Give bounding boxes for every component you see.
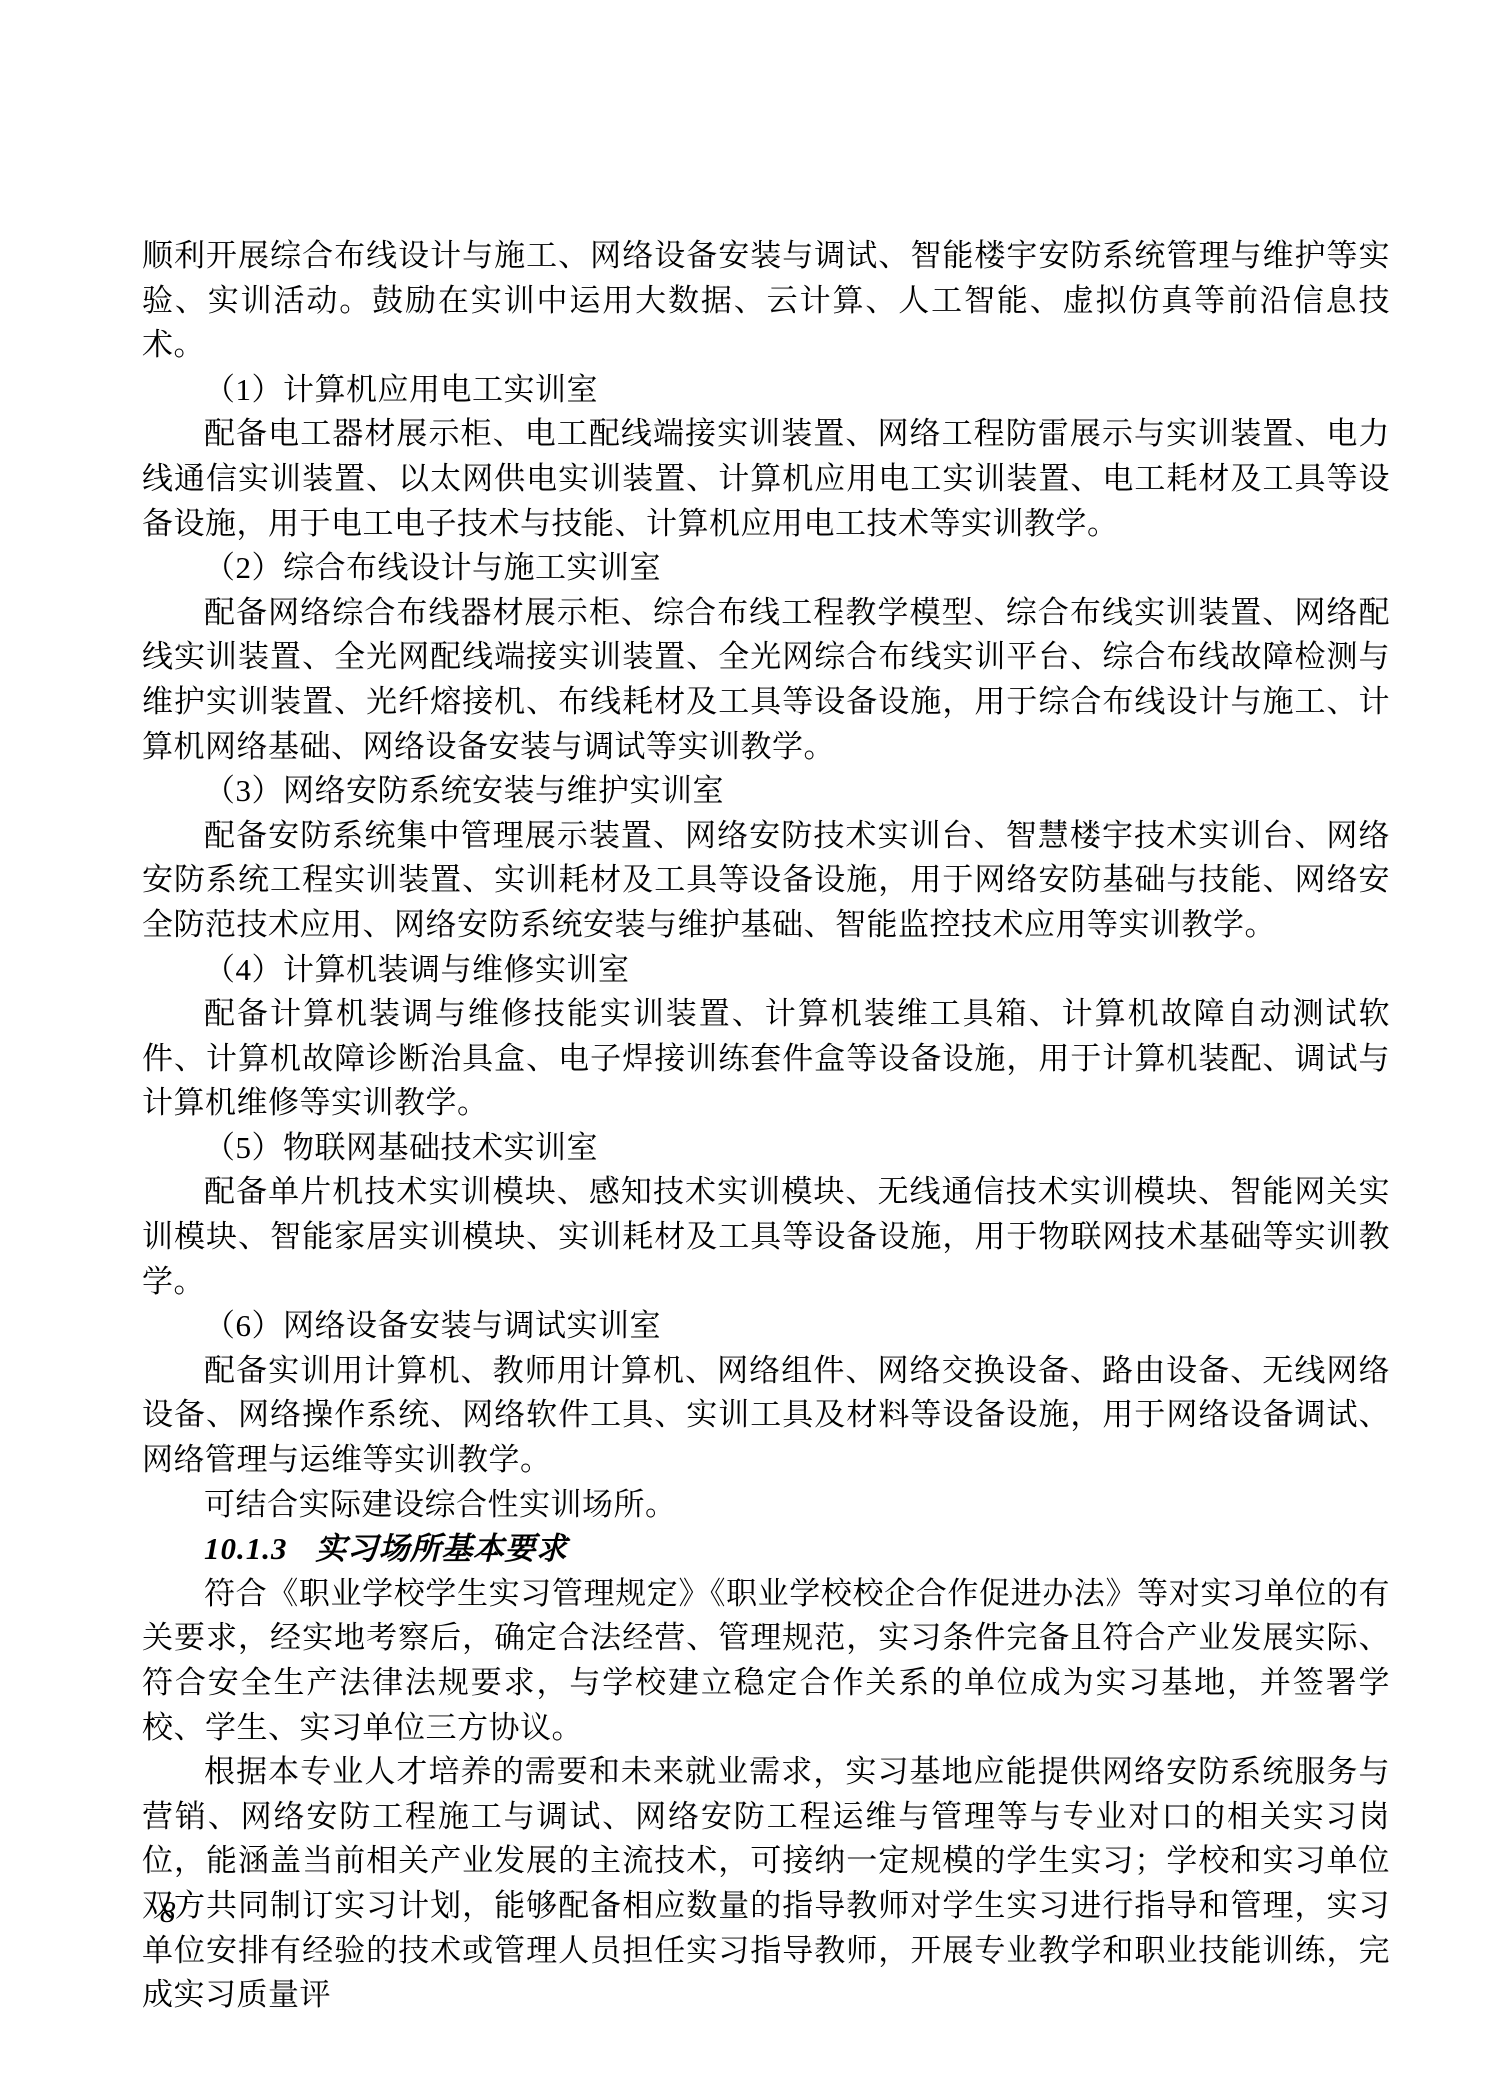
paragraph: 配备网络综合布线器材展示柜、综合布线工程教学模型、综合布线实训装置、网络配线实训… bbox=[142, 591, 1390, 769]
section-title: 实习场所基本要求 bbox=[315, 1531, 567, 1566]
list-item-heading-3: （3）网络安防系统安装与维护实训室 bbox=[142, 769, 1390, 814]
document-page: 顺利开展综合布线设计与施工、网络设备安装与调试、智能楼宇安防系统管理与维护等实验… bbox=[142, 234, 1390, 2018]
list-item-heading-1: （1）计算机应用电工实训室 bbox=[142, 368, 1390, 413]
list-item-heading-2: （2）综合布线设计与施工实训室 bbox=[142, 546, 1390, 591]
paragraph: 符合《职业学校学生实习管理规定》《职业学校校企合作促进办法》等对实习单位的有关要… bbox=[142, 1572, 1390, 1750]
list-item-heading-5: （5）物联网基础技术实训室 bbox=[142, 1126, 1390, 1171]
paragraph-continuation: 顺利开展综合布线设计与施工、网络设备安装与调试、智能楼宇安防系统管理与维护等实验… bbox=[142, 234, 1390, 368]
paragraph: 可结合实际建设综合性实训场所。 bbox=[142, 1483, 1390, 1528]
page-number: 8 bbox=[160, 1894, 176, 1929]
list-item-heading-6: （6）网络设备安装与调试实训室 bbox=[142, 1304, 1390, 1349]
paragraph: 配备单片机技术实训模块、感知技术实训模块、无线通信技术实训模块、智能网关实训模块… bbox=[142, 1170, 1390, 1304]
paragraph: 配备电工器材展示柜、电工配线端接实训装置、网络工程防雷展示与实训装置、电力线通信… bbox=[142, 412, 1390, 546]
section-number: 10.1.3 bbox=[204, 1531, 288, 1566]
paragraph: 配备安防系统集中管理展示装置、网络安防技术实训台、智慧楼宇技术实训台、网络安防系… bbox=[142, 814, 1390, 948]
list-item-heading-4: （4）计算机装调与维修实训室 bbox=[142, 948, 1390, 993]
paragraph: 配备计算机装调与维修技能实训装置、计算机装维工具箱、计算机故障自动测试软件、计算… bbox=[142, 992, 1390, 1126]
section-heading: 10.1.3实习场所基本要求 bbox=[142, 1527, 1390, 1572]
paragraph: 根据本专业人才培养的需要和未来就业需求，实习基地应能提供网络安防系统服务与营销、… bbox=[142, 1750, 1390, 2018]
paragraph: 配备实训用计算机、教师用计算机、网络组件、网络交换设备、路由设备、无线网络设备、… bbox=[142, 1349, 1390, 1483]
page-footer: 8 bbox=[160, 1892, 176, 1932]
